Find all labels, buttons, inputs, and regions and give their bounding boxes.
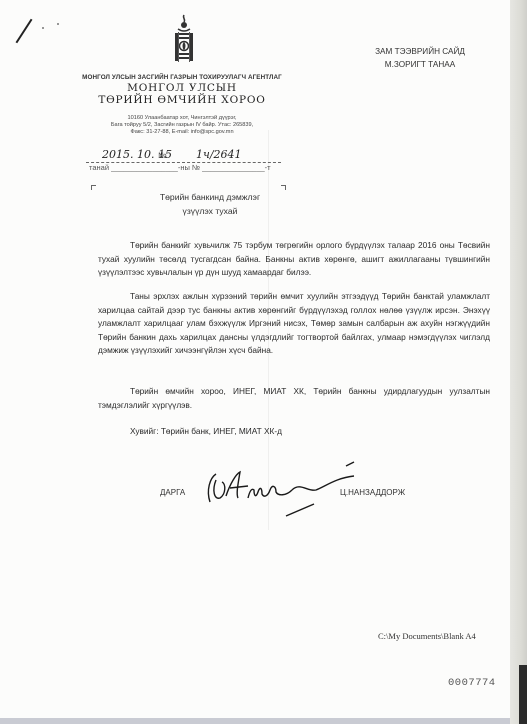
address-line: Бага тойруу 5/2, Засгийн газрын IV байр.… [82,122,282,128]
copy-to-text: Хувийг: Төрийн банк, ИНЕГ, МИАТ ХК-д [98,425,490,439]
scan-edge [510,0,527,724]
signatory-title: ДАРГА [160,488,185,497]
address-line: 10160 Улаанбаатар хот, Чингэлтэй дүүрэг, [82,115,282,121]
handwritten-number: 1ч/2641 [196,148,242,161]
subject-bracket-left [91,185,96,190]
serial-number: 0007774 [448,677,496,689]
org-name-line1: МОНГОЛ УЛСЫН [82,82,282,94]
subject-line1: Төрийн банкинд дэмжлэг [110,192,310,202]
recipient-title: ЗАМ ТЭЭВРИЙН САЙД [350,47,490,56]
agency-name: МОНГОЛ УЛСЫН ЗАСГИЙН ГАЗРЫН ТОХИРУУЛАГЧ … [82,74,282,81]
file-path-footer: C:\My Documents\Blank A4 [378,631,476,641]
paragraph-text: Төрийн банкийг хувьчилж 75 тэрбум төгрөг… [98,239,490,280]
scan-speck [57,23,59,25]
number-label: № [158,151,167,160]
recipient-name: М.ЗОРИГТ ТАНАА [350,60,490,69]
scan-speck [42,27,44,29]
paragraph-text: Таны эрхлэх ажлын хүрээний төрийн өмчит … [98,290,490,358]
subject-line2: үзүүлэх тухай [110,206,310,216]
body-paragraph-1: Төрийн банкийг хувьчилж 75 тэрбум төгрөг… [98,239,490,280]
handwritten-mark [16,19,33,44]
subject-bracket-right [281,185,286,190]
copy-to-line: Хувийг: Төрийн банк, ИНЕГ, МИАТ ХК-д [98,425,490,439]
paragraph-text: Төрийн өмчийн хороо, ИНЕГ, МИАТ ХК, Төри… [98,385,490,412]
scan-bottom-strip [0,718,510,724]
scan-edge-shadow [519,665,527,724]
signatory-name: Ц.НАНЗАДДОРЖ [340,488,405,497]
body-paragraph-3: Төрийн өмчийн хороо, ИНЕГ, МИАТ ХК, Төри… [98,385,490,412]
reply-reference-line: танай ________________-ны № ____________… [89,163,271,172]
address-line: Факс: 31-27-88, E-mail: info@spc.gov.mn [82,129,282,135]
letter-page: МОНГОЛ УЛСЫН ЗАСГИЙН ГАЗРЫН ТОХИРУУЛАГЧ … [0,0,510,718]
org-name-line2: ТӨРИЙН ӨМЧИЙН ХОРОО [82,94,282,106]
soyombo-emblem-icon [172,14,196,64]
body-paragraph-2: Таны эрхлэх ажлын хүрээний төрийн өмчит … [98,290,490,358]
date-number-line: 2015. 10. 15 № 1ч/2641 [86,150,281,163]
